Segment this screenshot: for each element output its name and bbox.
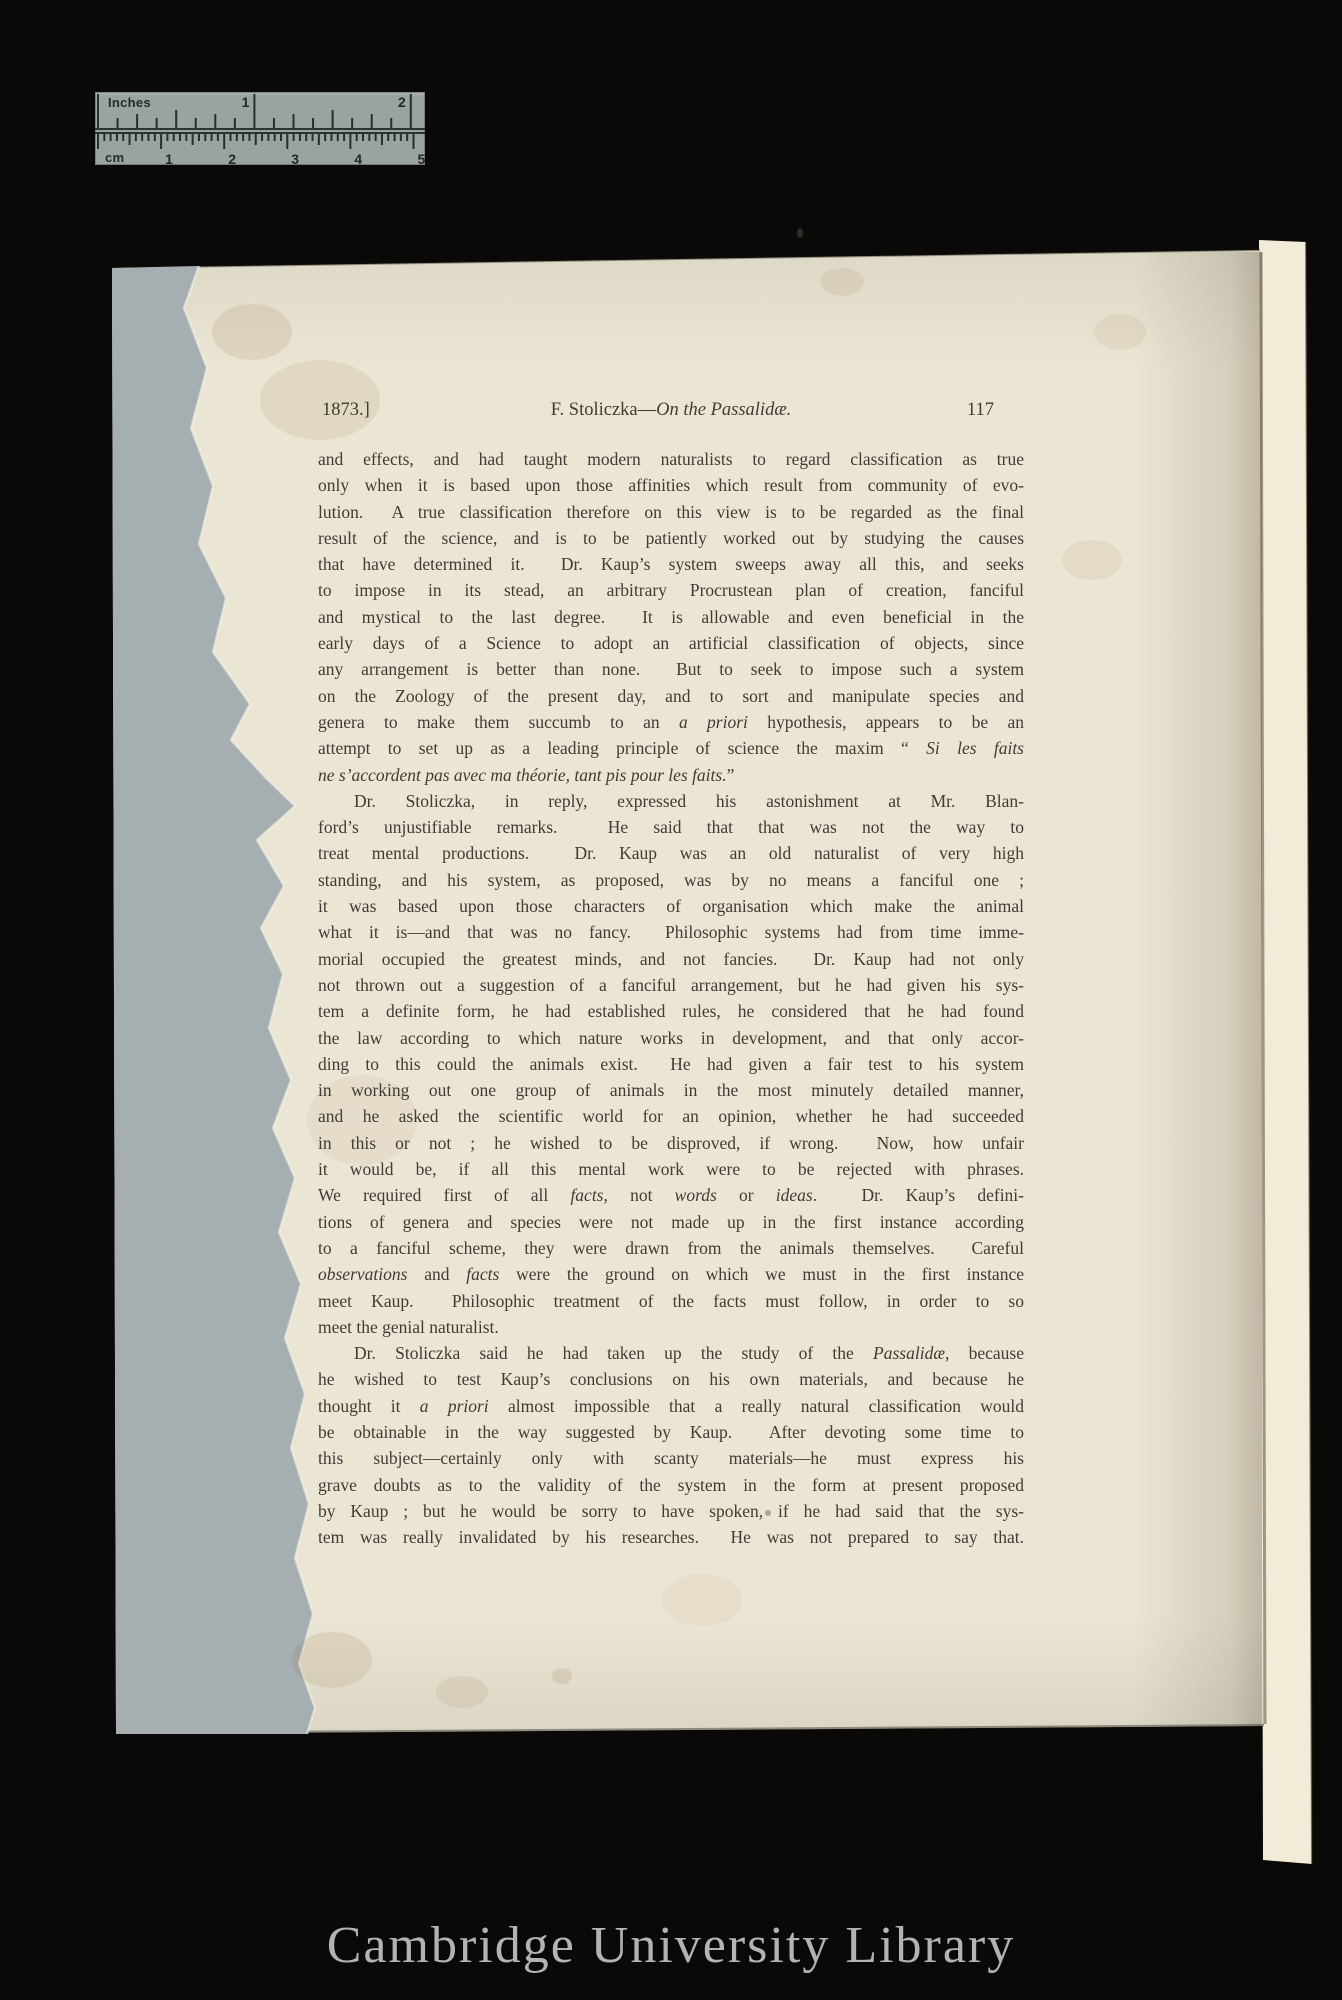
roman-text: Dr. Stoliczka said he had taken up the s… <box>354 1343 873 1363</box>
text-line: it would be, if all this mental work wer… <box>318 1156 1024 1182</box>
roman-text: be obtainable in the way suggested by Ka… <box>318 1422 1024 1442</box>
text-line: this subject—certainly only with scanty … <box>318 1445 1024 1471</box>
text-line: only when it is based upon those affinit… <box>318 472 1024 498</box>
roman-text: not thrown out a suggestion of a fancifu… <box>318 975 1024 995</box>
library-watermark: Cambridge University Library <box>0 1916 1342 1975</box>
text-line: result of the science, and is to be pati… <box>318 525 1024 551</box>
roman-text: thought it <box>318 1396 420 1416</box>
roman-text: on the Zoology of the present day, and t… <box>318 686 1024 706</box>
italic-text: On the Passalidæ. <box>656 400 791 420</box>
italic-text: facts <box>466 1264 499 1284</box>
roman-text: the law according to which nature works … <box>318 1028 1024 1048</box>
text-line: it was based upon those characters of or… <box>318 893 1024 919</box>
roman-text: ding to this could the animals exist. He… <box>318 1054 1024 1074</box>
roman-text: to impose in its stead, an arbitrary Pro… <box>318 580 1024 600</box>
roman-text: he wished to test Kaup’s conclusions on … <box>318 1369 1024 1389</box>
text-line: and he asked the scientific world for an… <box>318 1103 1024 1129</box>
ruler-cm-number: 2 <box>228 151 236 167</box>
text-line: tem a definite form, he had established … <box>318 998 1024 1024</box>
text-line: and effects, and had taught modern natur… <box>318 446 1024 472</box>
ruler-cm-number: 4 <box>354 151 362 167</box>
roman-text: We required first of all <box>318 1185 570 1205</box>
text-line: thought it a priori almost impossible th… <box>318 1393 1024 1419</box>
text-line: We required first of all facts, not word… <box>318 1182 1024 1208</box>
text-line: ding to this could the animals exist. He… <box>318 1051 1024 1077</box>
roman-text: Dr. Stoliczka, in reply, expressed his a… <box>354 791 1024 811</box>
text-line: to impose in its stead, an arbitrary Pro… <box>318 577 1024 603</box>
roman-text: only when it is based upon those affinit… <box>318 475 1024 495</box>
ruler-cm-scale: 12345 cm <box>95 132 425 167</box>
roman-text: ford’s unjustifiable remarks. He said th… <box>318 817 1024 837</box>
roman-text: ” <box>727 765 735 785</box>
roman-text: in working out one group of animals in t… <box>318 1080 1024 1100</box>
ruler-cm-number: 1 <box>165 151 173 167</box>
roman-text: genera to make them succumb to an <box>318 712 679 732</box>
text-line: not thrown out a suggestion of a fancifu… <box>318 972 1024 998</box>
text-line: what it is—and that was no fancy. Philos… <box>318 919 1024 945</box>
roman-text: meet the genial naturalist. <box>318 1317 499 1337</box>
ruler-inches-label: Inches <box>108 95 151 110</box>
text-line: the law according to which nature works … <box>318 1025 1024 1051</box>
running-header: 1873.] F. Stoliczka—On the Passalidæ. 11… <box>318 400 1024 446</box>
roman-text: grave doubts as to the validity of the s… <box>318 1475 1024 1495</box>
italic-text: a priori <box>679 712 748 732</box>
ruler-cm-number: 5 <box>418 151 426 167</box>
text-line: in working out one group of animals in t… <box>318 1077 1024 1103</box>
measurement-ruler: 12 Inches 12345 cm <box>95 92 425 165</box>
text-line: morial occupied the greatest minds, and … <box>318 946 1024 972</box>
roman-text: tions of genera and species were not mad… <box>318 1212 1024 1232</box>
roman-text: tem was really invalidated by his resear… <box>318 1527 1024 1547</box>
roman-text: , not <box>604 1185 675 1205</box>
page-body-text: and effects, and had taught modern natur… <box>318 446 1024 1550</box>
ruler-cm-number: 3 <box>291 151 299 167</box>
page-text-block: 1873.] F. Stoliczka—On the Passalidæ. 11… <box>318 400 1024 1550</box>
text-line: early days of a Science to adopt an arti… <box>318 630 1024 656</box>
header-page-number: 117 <box>967 400 994 421</box>
roman-text: what it is—and that was no fancy. Philos… <box>318 922 1024 942</box>
text-line: be obtainable in the way suggested by Ka… <box>318 1419 1024 1445</box>
roman-text: and effects, and had taught modern natur… <box>318 449 1024 469</box>
roman-text: any arrangement is better than none. But… <box>318 659 1024 679</box>
text-line: any arrangement is better than none. But… <box>318 656 1024 682</box>
text-line: genera to make them succumb to an a prio… <box>318 709 1024 735</box>
roman-text: were the ground on which we must in the … <box>499 1264 1024 1284</box>
text-line: tem was really invalidated by his resear… <box>318 1524 1024 1550</box>
text-line: by Kaup ; but he would be sorry to have … <box>318 1498 1024 1524</box>
roman-text: early days of a Science to adopt an arti… <box>318 633 1024 653</box>
roman-text: in this or not ; he wished to be disprov… <box>318 1133 1024 1153</box>
roman-text: lution. A true classification therefore … <box>318 502 1024 522</box>
italic-text: ideas <box>776 1185 813 1205</box>
roman-text: . Dr. Kaup’s defini- <box>813 1185 1024 1205</box>
roman-text: standing, and his system, as proposed, w… <box>318 870 1024 890</box>
roman-text: almost impossible that a really natural … <box>489 1396 1024 1416</box>
roman-text: hypothesis, appears to be an <box>748 712 1024 732</box>
next-page-edge <box>1259 240 1312 1864</box>
roman-text: by Kaup ; but he would be sorry to have … <box>318 1501 1024 1521</box>
text-line: observations and facts were the ground o… <box>318 1261 1024 1287</box>
text-line: treat mental productions. Dr. Kaup was a… <box>318 840 1024 866</box>
roman-text: and mystical to the last degree. It is a… <box>318 607 1024 627</box>
text-line: to a fanciful scheme, they were drawn fr… <box>318 1235 1024 1261</box>
text-line: attempt to set up as a leading principle… <box>318 735 1024 761</box>
roman-text: and he asked the scientific world for an… <box>318 1106 1024 1126</box>
text-line: grave doubts as to the validity of the s… <box>318 1472 1024 1498</box>
italic-text: a priori <box>420 1396 489 1416</box>
text-line: ne s’accordent pas avec ma théorie, tant… <box>318 762 1024 788</box>
text-line: standing, and his system, as proposed, w… <box>318 867 1024 893</box>
text-line: on the Zoology of the present day, and t… <box>318 683 1024 709</box>
roman-text: , because <box>945 1343 1024 1363</box>
text-line: and mystical to the last degree. It is a… <box>318 604 1024 630</box>
text-line: meet the genial naturalist. <box>318 1314 1024 1340</box>
roman-text: attempt to set up as a leading principle… <box>318 738 926 758</box>
italic-text: observations <box>318 1264 407 1284</box>
roman-text: this subject—certainly only with scanty … <box>318 1448 1024 1468</box>
text-line: in this or not ; he wished to be disprov… <box>318 1130 1024 1156</box>
italic-text: words <box>675 1185 717 1205</box>
text-line: ford’s unjustifiable remarks. He said th… <box>318 814 1024 840</box>
roman-text: F. Stoliczka— <box>551 400 656 420</box>
text-line: that have determined it. Dr. Kaup’s syst… <box>318 551 1024 577</box>
header-title: F. Stoliczka—On the Passalidæ. <box>318 400 1024 421</box>
text-line: Dr. Stoliczka, in reply, expressed his a… <box>318 788 1024 814</box>
text-line: Dr. Stoliczka said he had taken up the s… <box>318 1340 1024 1366</box>
roman-text: treat mental productions. Dr. Kaup was a… <box>318 843 1024 863</box>
italic-text: Si les faits <box>926 738 1024 758</box>
ruler-inch-number: 1 <box>242 94 250 110</box>
ruler-cm-label: cm <box>105 150 124 165</box>
roman-text: tem a definite form, he had established … <box>318 1001 1024 1021</box>
text-line: tions of genera and species were not mad… <box>318 1209 1024 1235</box>
roman-text: morial occupied the greatest minds, and … <box>318 949 1024 969</box>
roman-text: result of the science, and is to be pati… <box>318 528 1024 548</box>
italic-text: facts <box>570 1185 603 1205</box>
roman-text: or <box>717 1185 776 1205</box>
roman-text: it would be, if all this mental work wer… <box>318 1159 1024 1179</box>
roman-text: it was based upon those characters of or… <box>318 896 1024 916</box>
roman-text: to a fanciful scheme, they were drawn fr… <box>318 1238 1024 1258</box>
italic-text: Passalidæ <box>873 1343 945 1363</box>
roman-text: and <box>407 1264 466 1284</box>
roman-text: that have determined it. Dr. Kaup’s syst… <box>318 554 1024 574</box>
text-line: he wished to test Kaup’s conclusions on … <box>318 1366 1024 1392</box>
ruler-inches-scale: 12 Inches <box>95 92 425 130</box>
ruler-inch-number: 2 <box>398 94 406 110</box>
roman-text: meet Kaup. Philosophic treatment of the … <box>318 1291 1024 1311</box>
text-line: lution. A true classification therefore … <box>318 499 1024 525</box>
text-line: meet Kaup. Philosophic treatment of the … <box>318 1288 1024 1314</box>
italic-text: ne s’accordent pas avec ma théorie, tant… <box>318 765 727 785</box>
